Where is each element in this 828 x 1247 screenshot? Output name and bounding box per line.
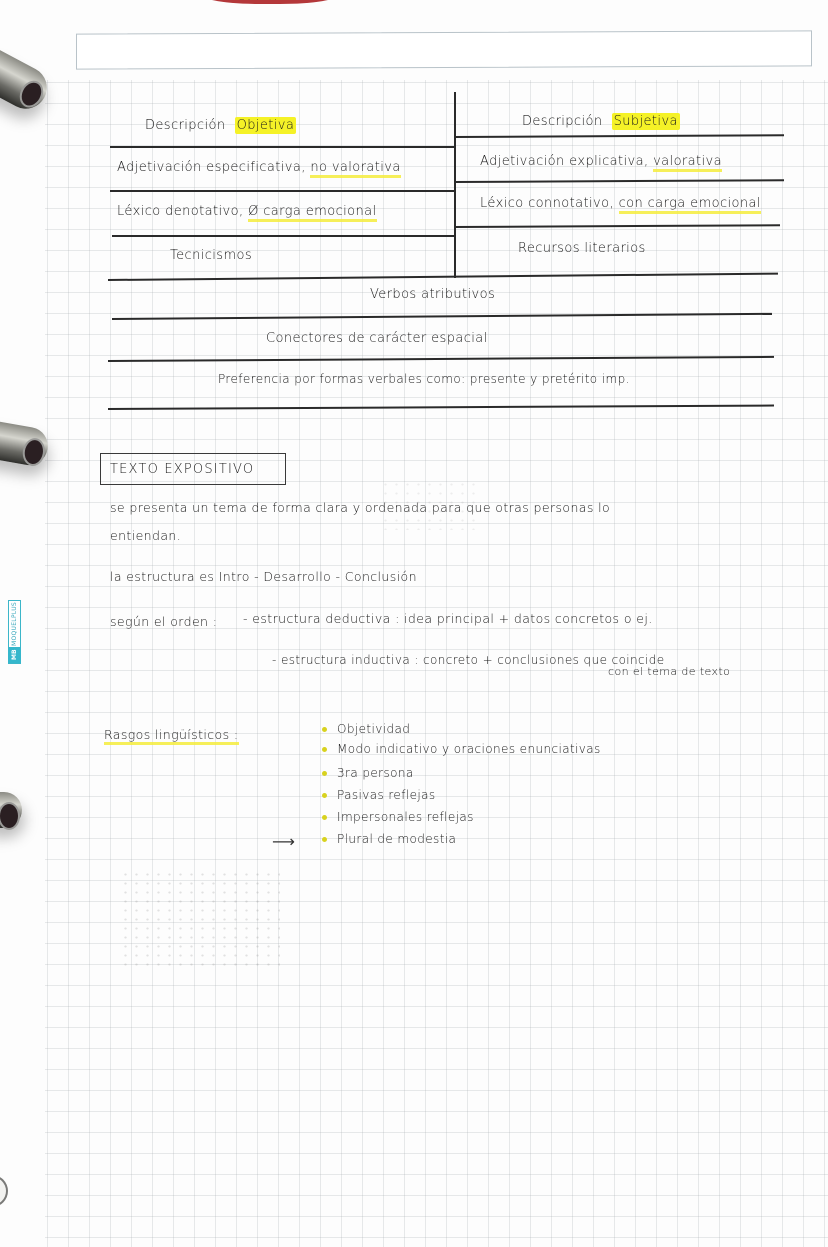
highlight-objetiva: Objetiva [235, 117, 297, 134]
inductive-line-cont: con el tema de texto [608, 665, 730, 678]
list-item: Plural de modestia [322, 832, 456, 846]
underlined-text: Ø carga emocional [248, 204, 376, 222]
arrow-icon: ⟶ [272, 832, 295, 851]
header-box [76, 30, 812, 69]
row-left-adjetivacion: Adjetivación especificativa, no valorati… [117, 160, 401, 175]
bullet-icon [322, 793, 327, 798]
list-item: Pasivas reflejas [322, 788, 436, 802]
list-item-text: Impersonales reflejas [337, 810, 474, 824]
features-label-text: Rasgos lingüísticos : [104, 727, 239, 745]
bullet-icon [322, 837, 327, 842]
shared-row-preferencia: Preferencia por formas verbales como: pr… [218, 372, 630, 386]
cell-text: Léxico denotativo, [117, 204, 244, 219]
notebook-page: MOQUELPLUS MB Descripción Objetiva Descr… [0, 0, 828, 1247]
ink-bleed-marks [380, 480, 480, 530]
row-left-tecnicismos: Tecnicismos [170, 248, 252, 263]
binder-ring-icon [0, 792, 22, 828]
row-right-lexico: Léxico connotativo, con carga emocional [480, 196, 761, 211]
list-item-text: Plural de modestia [337, 832, 456, 846]
definition-line-2: entiendan. [110, 528, 181, 543]
list-item: Objetividad [322, 722, 410, 736]
highlight-subjetiva: Subjetiva [612, 113, 680, 130]
bullet-icon [322, 815, 327, 820]
bullet-icon [322, 771, 327, 776]
column-header-objetiva: Descripción Objetiva [145, 118, 296, 133]
bullet-icon [322, 727, 327, 732]
cell-text: Léxico connotativo, [480, 196, 614, 211]
table-divider [454, 92, 456, 278]
shared-row-verbos: Verbos atributivos [370, 287, 495, 302]
list-item-text: Objetividad [337, 722, 410, 736]
shared-row-conectores: Conectores de carácter espacial [266, 331, 488, 346]
brand-logo-icon: MB [8, 647, 21, 663]
table-rule [112, 235, 454, 237]
list-item-text: 3ra persona [337, 766, 414, 780]
section-title: TEXTO EXPOSITIVO [110, 462, 254, 477]
red-tab-decoration [200, 0, 340, 4]
features-label: Rasgos lingüísticos : [104, 727, 239, 742]
row-right-recursos: Recursos literarios [518, 241, 646, 256]
ink-bleed-marks [120, 870, 280, 970]
column-header-subjetiva: Descripción Subjetiva [522, 114, 680, 129]
binder-ring-icon [0, 1175, 8, 1207]
list-item: Impersonales reflejas [322, 810, 474, 824]
list-item-text: Modo indicativo y oraciones enunciativas [337, 742, 601, 756]
definition-line-1: se presenta un tema de forma clara y ord… [110, 500, 610, 515]
list-item: 3ra persona [322, 766, 414, 780]
bullet-icon [322, 747, 327, 752]
row-right-adjetivacion: Adjetivación explicativa, valorativa [480, 154, 722, 169]
inductive-line: - estructura inductiva : concreto + conc… [272, 653, 665, 667]
underlined-text: con carga emocional [619, 196, 761, 214]
cell-text: Adjetivación explicativa, [480, 154, 649, 169]
cell-text: Adjetivación especificativa, [117, 160, 306, 175]
list-item-text: Pasivas reflejas [337, 788, 436, 802]
underlined-text: no valorativa [310, 160, 400, 178]
header-prefix: Descripción [145, 118, 226, 133]
deductive-line: - estructura deductiva : idea principal … [243, 611, 653, 626]
list-item: Modo indicativo y oraciones enunciativas [322, 742, 601, 756]
binder-ring-icon [0, 420, 51, 468]
table-rule [110, 190, 454, 192]
underlined-text: valorativa [653, 154, 722, 172]
row-left-lexico: Léxico denotativo, Ø carga emocional [117, 204, 377, 219]
structure-line: la estructura es Intro - Desarrollo - Co… [110, 569, 417, 584]
order-label: según el orden : [110, 614, 217, 629]
brand-side-label: MOQUELPLUS MB [8, 600, 21, 664]
table-rule [110, 146, 454, 148]
header-prefix: Descripción [522, 114, 603, 129]
brand-name: MOQUELPLUS [11, 601, 18, 647]
